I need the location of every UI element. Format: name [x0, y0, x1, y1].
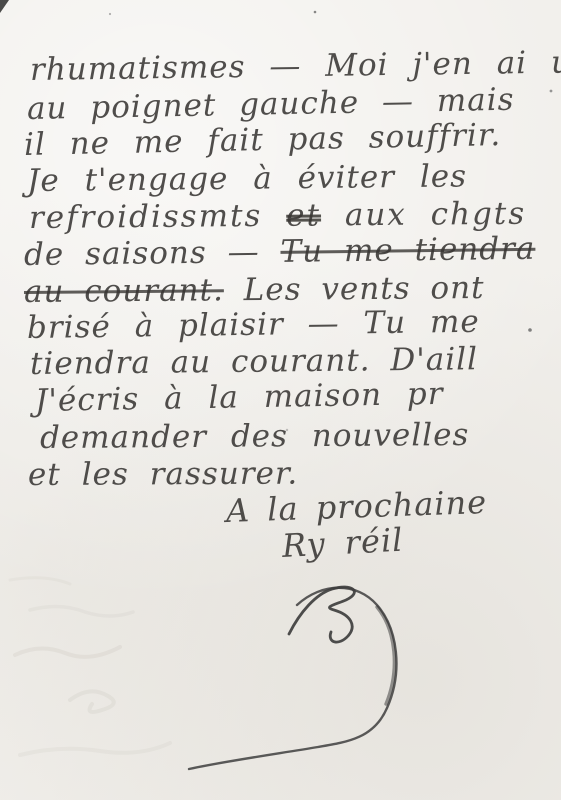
letter-line-12: et les rassurer. [28, 456, 298, 493]
signature-name: Ry réil [281, 521, 404, 565]
letter-line-5: refroidissmts et aux chgts [29, 196, 527, 236]
line-text: Je t'engage à éviter les [27, 158, 467, 199]
line-text: brisé à plaisir — Tu me [27, 304, 480, 346]
showthrough-marks [10, 578, 170, 755]
letter-line-4: Je t'engage à éviter les [27, 158, 467, 199]
struck-through-text: Tu me tiendra [280, 231, 535, 270]
letter-line-6: de saisons — Tu me tiendra [24, 231, 536, 273]
letter-page: rhumatismes — Moi j'en ai un au poignet … [0, 0, 561, 800]
line-text: et les rassurer. [28, 456, 298, 493]
letter-line-11: demander des nouvelles [40, 417, 470, 456]
line-text: aux chgts [321, 196, 526, 234]
signature-tail-shade [377, 607, 394, 704]
signature-monogram [289, 587, 354, 642]
line-text: J'écris à la maison pr [35, 376, 444, 419]
scribbled-out-word: et [286, 197, 321, 233]
line-text: demander des nouvelles [40, 417, 470, 456]
line-text: refroidissmts [29, 198, 287, 236]
letter-line-8: brisé à plaisir — Tu me [27, 304, 480, 346]
line-text: Les vents ont [224, 270, 485, 308]
letter-line-10: J'écris à la maison pr [35, 376, 444, 419]
signature-flourish [189, 587, 396, 769]
struck-through-text: au courant. [24, 272, 224, 310]
signature-tail [189, 588, 396, 769]
signature-name-text: Ry réil [281, 521, 404, 565]
line-text: de saisons — [24, 234, 281, 273]
